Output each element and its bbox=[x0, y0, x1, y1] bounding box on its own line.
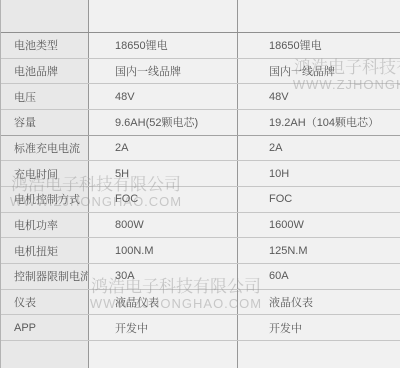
spec-value-col2: 2A bbox=[238, 136, 400, 161]
spec-label: 容量 bbox=[1, 110, 89, 135]
spec-value-col2: 18650锂电 bbox=[238, 33, 400, 58]
spec-value-col1: 800W bbox=[89, 213, 238, 238]
header-product1-cell bbox=[89, 0, 238, 32]
spec-value-col1: 30A bbox=[89, 264, 238, 289]
spec-label: 标准充电电流 bbox=[1, 136, 89, 161]
table-row-charge-current: 标准充电电流 2A 2A bbox=[1, 136, 400, 162]
spec-value-col2: 60A bbox=[238, 264, 400, 289]
spec-label: 控制器限制电流 bbox=[1, 264, 89, 289]
spec-value-col1: 2A bbox=[89, 136, 238, 161]
spec-label: 电池类型 bbox=[1, 33, 89, 58]
spec-value-col1: 48V bbox=[89, 84, 238, 109]
spec-value-col2: 19.2AH（104颗电芯） bbox=[238, 110, 400, 135]
spec-label: 电机扭矩 bbox=[1, 238, 89, 263]
spec-value-col2: 10H bbox=[238, 161, 400, 186]
spec-label: 电压 bbox=[1, 84, 89, 109]
table-row-controller-current: 控制器限制电流 30A 60A bbox=[1, 264, 400, 290]
spec-label: APP bbox=[1, 315, 89, 340]
table-empty-row bbox=[1, 341, 400, 368]
table-row-motor-control: 电机控制方式 FOC FOC bbox=[1, 187, 400, 213]
empty-col1-cell bbox=[89, 341, 238, 368]
spec-value-col2: 125N.M bbox=[238, 238, 400, 263]
spec-value-col1: 18650锂电 bbox=[89, 33, 238, 58]
spec-label: 仪表 bbox=[1, 290, 89, 315]
spec-value-col1: 国内一线品牌 bbox=[89, 59, 238, 84]
empty-col2-cell bbox=[238, 341, 400, 368]
spec-value-col2: 48V bbox=[238, 84, 400, 109]
table-row-motor-power: 电机功率 800W 1600W bbox=[1, 213, 400, 239]
spec-label: 充电时间 bbox=[1, 161, 89, 186]
table-row-motor-torque: 电机扭矩 100N.M 125N.M bbox=[1, 238, 400, 264]
spec-label: 电机控制方式 bbox=[1, 187, 89, 212]
spec-value-col2: 开发中 bbox=[238, 315, 400, 340]
spec-value-col2: FOC bbox=[238, 187, 400, 212]
table-body: 电池类型 18650锂电 18650锂电 电池品牌 国内一线品牌 国内一线品牌 … bbox=[1, 33, 400, 341]
table-row-voltage: 电压 48V 48V bbox=[1, 84, 400, 110]
spec-value-col1: FOC bbox=[89, 187, 238, 212]
spec-value-col1: 5H bbox=[89, 161, 238, 186]
header-label-cell bbox=[1, 0, 89, 32]
product-spec-page: 电池类型 18650锂电 18650锂电 电池品牌 国内一线品牌 国内一线品牌 … bbox=[0, 0, 400, 370]
table-header-row bbox=[1, 0, 400, 33]
spec-value-col1: 9.6AH(52颗电芯) bbox=[89, 110, 238, 135]
table-row-charge-time: 充电时间 5H 10H bbox=[1, 161, 400, 187]
spec-comparison-table: 电池类型 18650锂电 18650锂电 电池品牌 国内一线品牌 国内一线品牌 … bbox=[0, 0, 400, 368]
spec-value-col1: 100N.M bbox=[89, 238, 238, 263]
empty-label-cell bbox=[1, 341, 89, 368]
header-product2-cell bbox=[238, 0, 400, 32]
spec-value-col1: 开发中 bbox=[89, 315, 238, 340]
spec-value-col2: 国内一线品牌 bbox=[238, 59, 400, 84]
spec-value-col2: 1600W bbox=[238, 213, 400, 238]
spec-label: 电机功率 bbox=[1, 213, 89, 238]
spec-value-col2: 液晶仪表 bbox=[238, 290, 400, 315]
table-row-battery-type: 电池类型 18650锂电 18650锂电 bbox=[1, 33, 400, 59]
table-row-battery-brand: 电池品牌 国内一线品牌 国内一线品牌 bbox=[1, 59, 400, 85]
spec-label: 电池品牌 bbox=[1, 59, 89, 84]
table-row-capacity: 容量 9.6AH(52颗电芯) 19.2AH（104颗电芯） bbox=[1, 110, 400, 136]
table-row-app: APP 开发中 开发中 bbox=[1, 315, 400, 341]
spec-value-col1: 液晶仪表 bbox=[89, 290, 238, 315]
table-row-display: 仪表 液晶仪表 液晶仪表 bbox=[1, 290, 400, 316]
